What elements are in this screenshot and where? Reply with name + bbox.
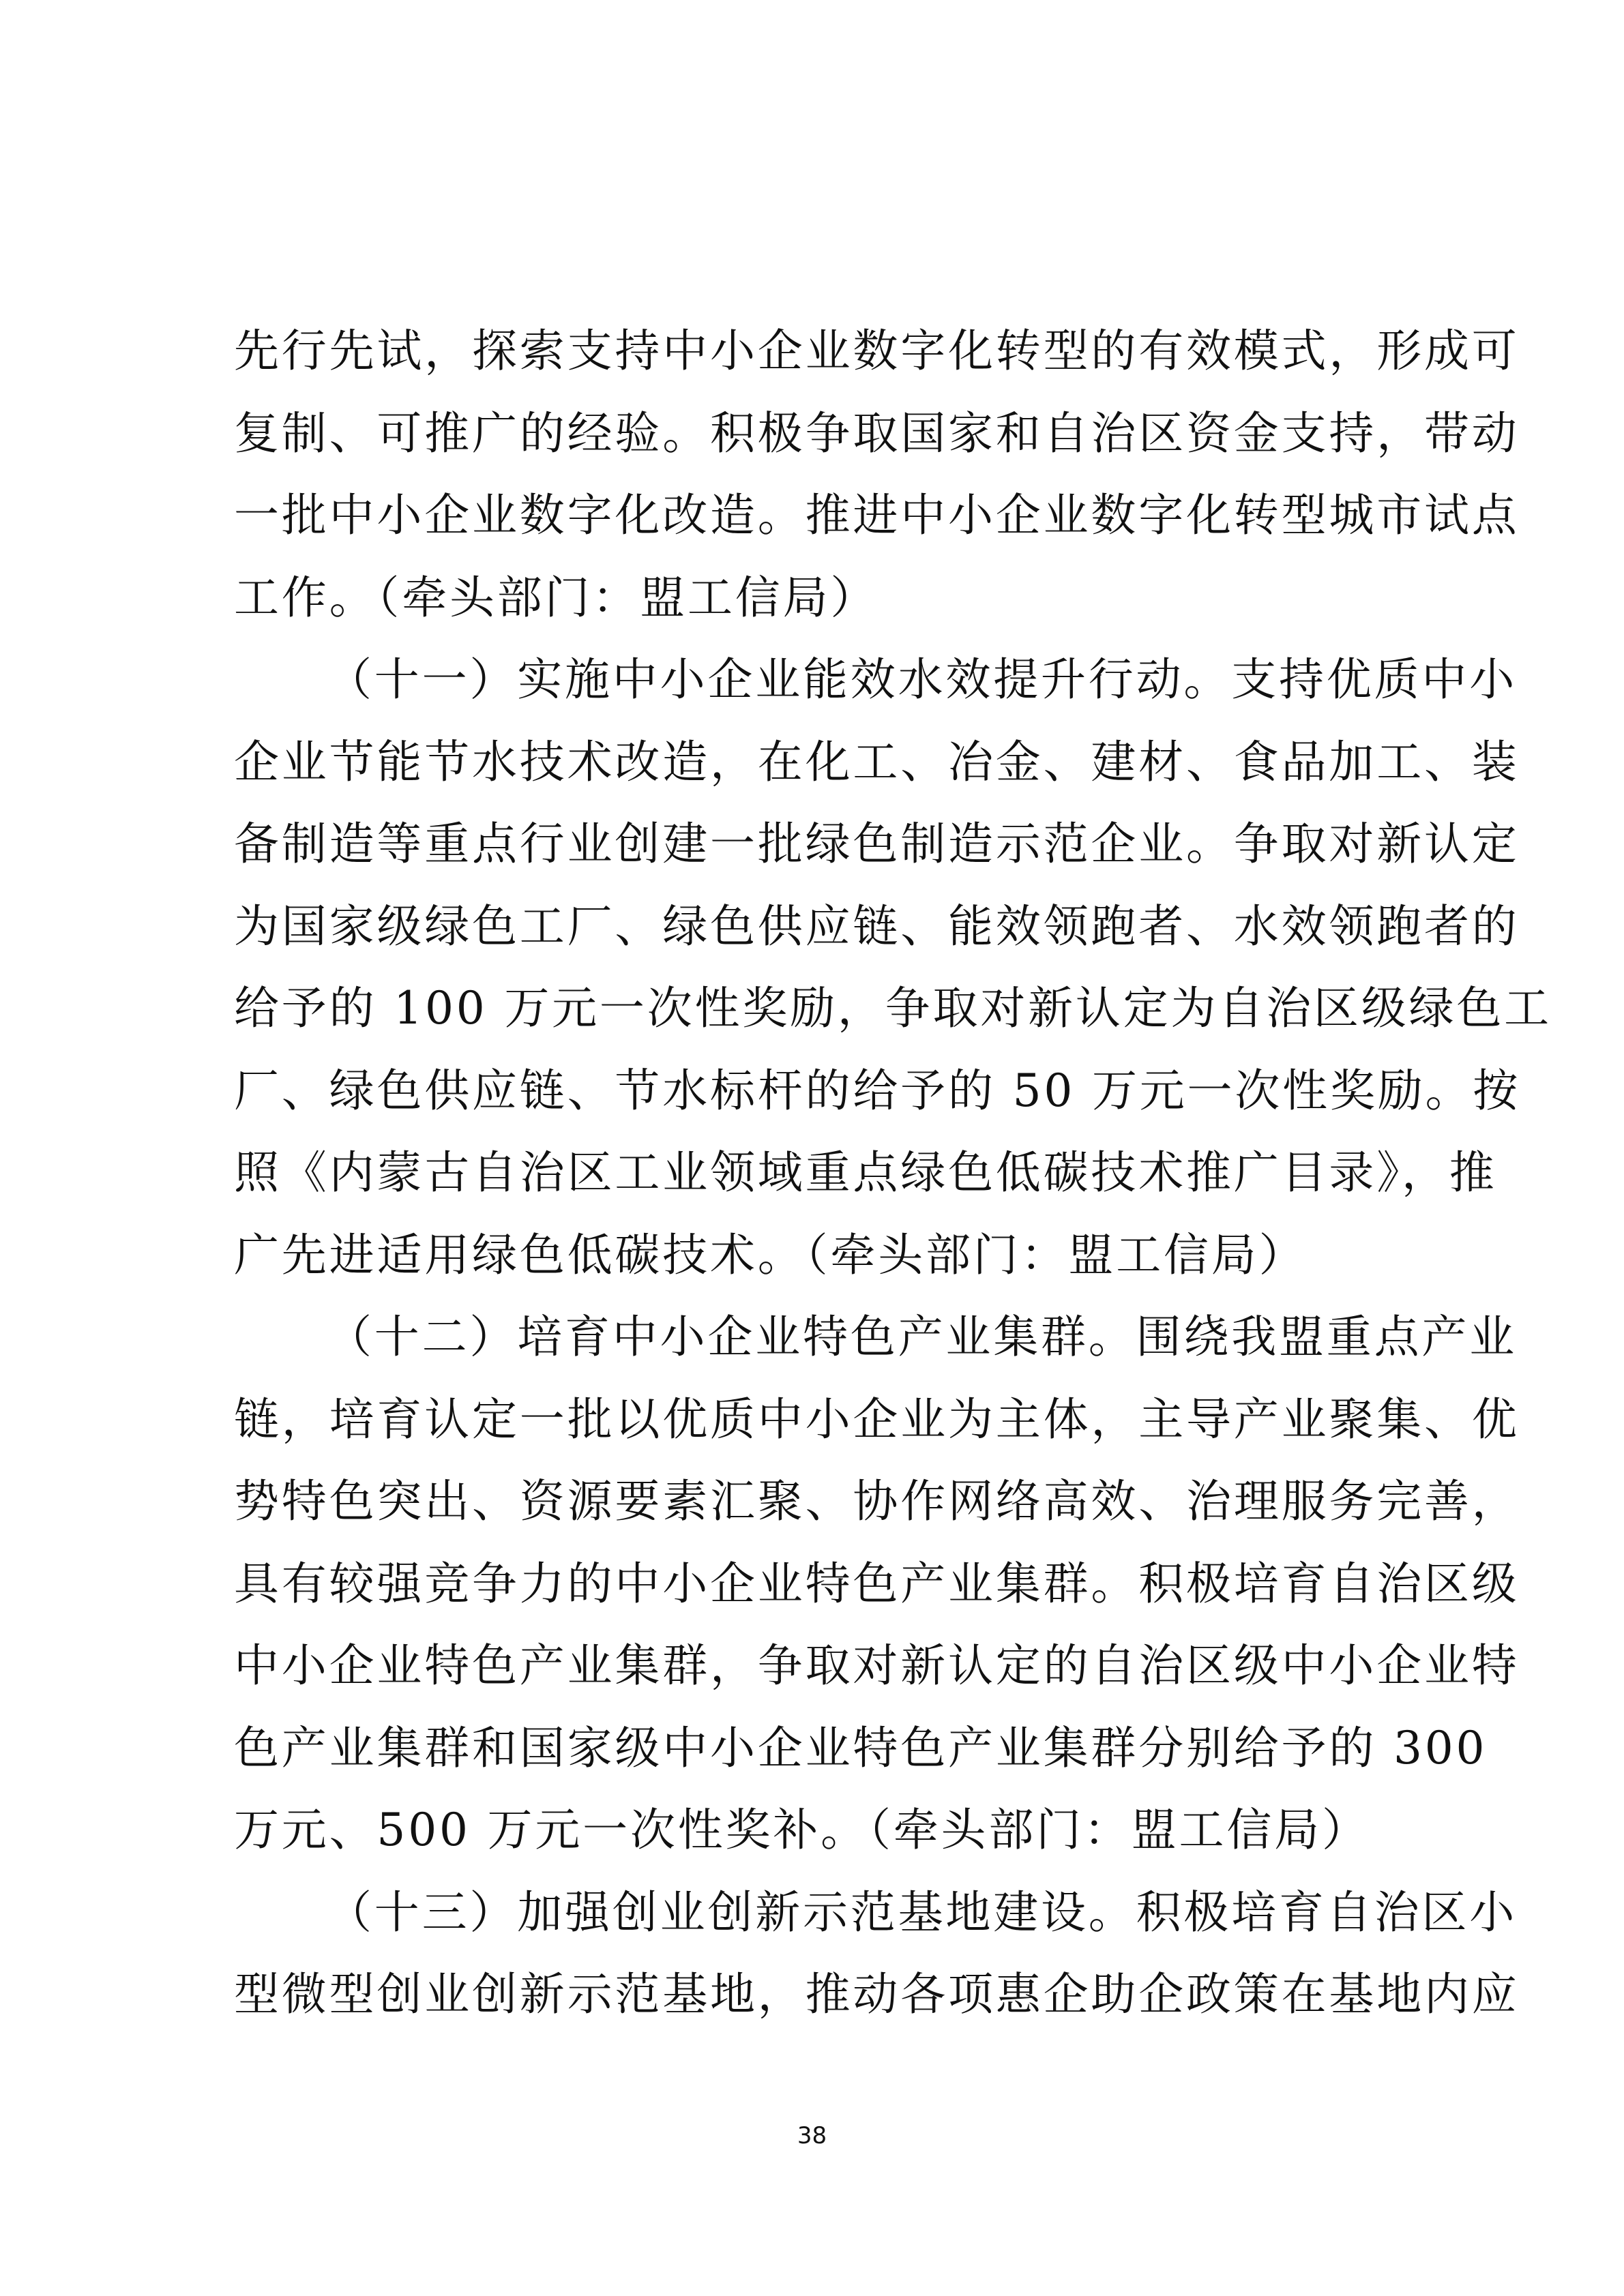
paragraph-item-11: （十一）实施中小企业能效水效提升行动。支持优质中小 企业节能节水技术改造，在化工… (234, 639, 1393, 1296)
section-heading-line: （十三）加强创业创新示范基地建设。积极培育自治区小 (234, 1872, 1393, 1954)
text-line: 先行先试，探索支持中小企业数字化转型的有效模式，形成可 (234, 310, 1393, 393)
text-line: 照《内蒙古自治区工业领域重点绿色低碳技术推广目录》，推 (234, 1132, 1393, 1214)
document-page: 先行先试，探索支持中小企业数字化转型的有效模式，形成可 复制、可推广的经验。积极… (0, 0, 1624, 2296)
text-line: 给予的 100 万元一次性奖励，争取对新认定为自治区级绿色工 (234, 968, 1393, 1050)
paragraph-item-13: （十三）加强创业创新示范基地建设。积极培育自治区小 型微型创业创新示范基地，推动… (234, 1872, 1393, 2036)
text-line: 型微型创业创新示范基地，推动各项惠企助企政策在基地内应 (234, 1954, 1393, 2036)
text-line: 色产业集群和国家级中小企业特色产业集群分别给予的 300 (234, 1708, 1393, 1790)
text-line: 工作。（牵头部门：盟工信局） (234, 557, 1393, 640)
text-line: 链，培育认定一批以优质中小企业为主体，主导产业聚集、优 (234, 1379, 1393, 1461)
text-line: 厂、绿色供应链、节水标杆的给予的 50 万元一次性奖励。按 (234, 1050, 1393, 1133)
section-heading-line: （十二）培育中小企业特色产业集群。围绕我盟重点产业 (234, 1296, 1393, 1379)
text-line: 为国家级绿色工厂、绿色供应链、能效领跑者、水效领跑者的 (234, 886, 1393, 968)
text-line: 一批中小企业数字化改造。推进中小企业数字化转型城市试点 (234, 475, 1393, 557)
paragraph-item-12: （十二）培育中小企业特色产业集群。围绕我盟重点产业 链，培育认定一批以优质中小企… (234, 1296, 1393, 1872)
body-text: 先行先试，探索支持中小企业数字化转型的有效模式，形成可 复制、可推广的经验。积极… (234, 310, 1393, 2036)
text-line: 势特色突出、资源要素汇聚、协作网络高效、治理服务完善， (234, 1461, 1393, 1543)
text-line: 万元、500 万元一次性奖补。（牵头部门：盟工信局） (234, 1789, 1393, 1872)
text-line: 具有较强竞争力的中小企业特色产业集群。积极培育自治区级 (234, 1543, 1393, 1626)
text-line: 中小企业特色产业集群，争取对新认定的自治区级中小企业特 (234, 1625, 1393, 1708)
text-line: 备制造等重点行业创建一批绿色制造示范企业。争取对新认定 (234, 803, 1393, 886)
text-line: 广先进适用绿色低碳技术。（牵头部门：盟工信局） (234, 1214, 1393, 1297)
paragraph-continuation: 先行先试，探索支持中小企业数字化转型的有效模式，形成可 复制、可推广的经验。积极… (234, 310, 1393, 639)
page-number: 38 (0, 2122, 1624, 2149)
text-line: 复制、可推广的经验。积极争取国家和自治区资金支持，带动 (234, 393, 1393, 475)
text-line: 企业节能节水技术改造，在化工、冶金、建材、食品加工、装 (234, 721, 1393, 804)
section-heading-line: （十一）实施中小企业能效水效提升行动。支持优质中小 (234, 639, 1393, 721)
